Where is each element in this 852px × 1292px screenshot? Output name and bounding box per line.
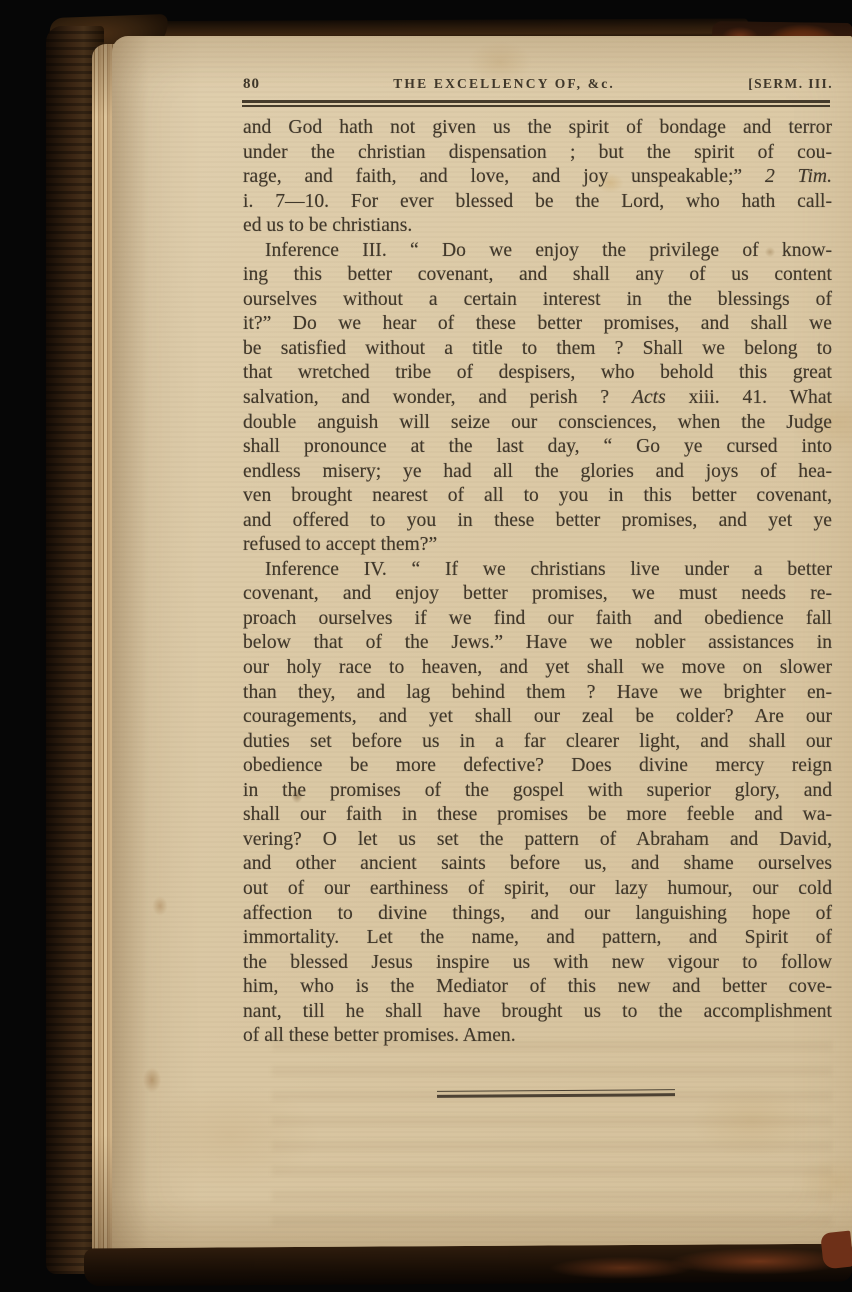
text-line: under the christian dispensation ; but t…	[243, 141, 832, 166]
section-end-rule	[437, 1089, 675, 1097]
text-line: duties set before us in a far clearer li…	[243, 730, 832, 755]
text-line: i. 7—10. For ever blessed be the Lord, w…	[243, 190, 832, 215]
text-line: proach ourselves if we find our faith an…	[243, 607, 832, 632]
text-line: and other ancient saints before us, and …	[243, 852, 832, 877]
leather-bottom-right-chip	[820, 1231, 852, 1270]
text-line: Inference IV. “ If we christians live un…	[243, 558, 832, 583]
text-line: shall our faith in these promises be mor…	[243, 803, 832, 828]
text-line: it?” Do we hear of these better promises…	[243, 312, 832, 337]
text-line: of all these better promises. Amen.	[243, 1024, 832, 1049]
body-text: and God hath not given us the spirit of …	[243, 116, 832, 1049]
text-line: and God hath not given us the spirit of …	[243, 116, 832, 141]
text-line: refused to accept them?”	[243, 533, 832, 558]
text-line: ven brought nearest of all to you in thi…	[243, 484, 832, 509]
verso-show-through	[272, 1026, 832, 1226]
text-line: Inference III. “ Do we enjoy the privile…	[243, 239, 832, 264]
text-line: ed us to be christians.	[243, 214, 832, 239]
text-line: nant, till he shall have brought us to t…	[243, 1000, 832, 1025]
text-line: in the promises of the gospel with super…	[243, 779, 832, 804]
text-line: our holy race to heaven, and yet shall w…	[243, 656, 832, 681]
text-line: covenant, and enjoy better promises, we …	[243, 582, 832, 607]
text-line: double anguish will seize our conscience…	[243, 411, 832, 436]
text-line: out of our earthiness of spirit, our laz…	[243, 877, 832, 902]
text-line: him, who is the Mediator of this new and…	[243, 975, 832, 1000]
text-line: vering? O let us set the pattern of Abra…	[243, 828, 832, 853]
running-title: THE EXCELLENCY OF, &c.	[260, 76, 748, 92]
text-line: ourselves without a certain interest in …	[243, 288, 832, 313]
text-line: ing this better covenant, and shall any …	[243, 263, 832, 288]
text-line: salvation, and wonder, and perish ? Acts…	[243, 386, 832, 411]
text-line: immortality. Let the name, and pattern, …	[243, 926, 832, 951]
book-scan: 80 THE EXCELLENCY OF, &c. [SERM. III. an…	[0, 0, 852, 1292]
text-line: shall pronounce at the last day, “ Go ye…	[243, 435, 832, 460]
running-head: 80 THE EXCELLENCY OF, &c. [SERM. III.	[243, 76, 833, 93]
sermon-number-marker: [SERM. III.	[748, 76, 833, 92]
text-line: rage, and faith, and love, and joy unspe…	[243, 165, 832, 190]
text-line: than they, and lag behind them ? Have we…	[243, 681, 832, 706]
text-line: obedience be more defective? Does divine…	[243, 754, 832, 779]
text-line: that wretched tribe of despisers, who be…	[243, 361, 832, 386]
book-bottom-cover-edge	[84, 1244, 852, 1287]
text-line: below that of the Jews.” Have we nobler …	[243, 631, 832, 656]
text-line: endless misery; ye had all the glories a…	[243, 460, 832, 485]
text-line: affection to divine things, and our lang…	[243, 902, 832, 927]
text-line: the blessed Jesus inspire us with new vi…	[243, 951, 832, 976]
text-line: couragements, and yet shall our zeal be …	[243, 705, 832, 730]
text-line: and offered to you in these better promi…	[243, 509, 832, 534]
header-double-rule	[242, 100, 830, 107]
text-line: be satisfied without a title to them ? S…	[243, 337, 832, 362]
page-number: 80	[243, 76, 260, 93]
book-page: 80 THE EXCELLENCY OF, &c. [SERM. III. an…	[112, 36, 852, 1258]
